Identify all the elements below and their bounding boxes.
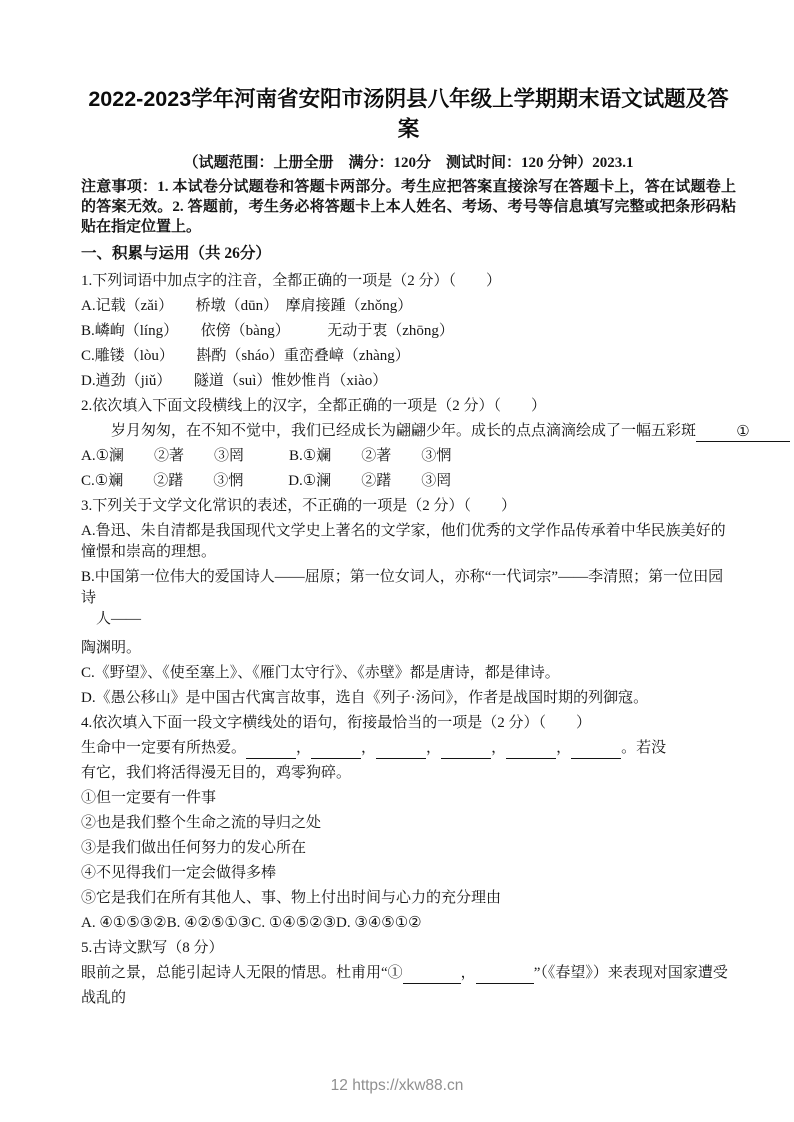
- q2-blank-1: ①: [696, 424, 790, 442]
- q3-option-b-line2: 人——: [96, 609, 736, 630]
- q4-sentence-tail: 。若没: [621, 740, 666, 756]
- q4-separator-4: ，: [491, 740, 506, 756]
- q4-item-1: ①但一定要有一件事: [81, 788, 736, 809]
- q5-blank-2: [476, 966, 534, 984]
- q4-sentence-cont: 有它，我们将活得漫无目的，鸡零狗碎。: [81, 763, 736, 784]
- q1-option-c: C.雕镂（lòu） 斟酌（sháo）重峦叠嶂（zhàng）: [81, 346, 736, 367]
- q3-option-c: C.《野望》、《使至塞上》、《雁门太守行》、《赤壁》都是唐诗，都是律诗。: [81, 663, 736, 684]
- q3-stem: 3.下列关于文学文化常识的表述，不正确的一项是（2 分）（ ）: [81, 496, 736, 517]
- q4-separator-5: ，: [556, 740, 571, 756]
- q2-options-ab: A.①澜 ②著 ③罔 B.①斓 ②著 ③惘: [81, 446, 736, 467]
- q4-separator-1: ，: [296, 740, 311, 756]
- q4-separator-3: ，: [426, 740, 441, 756]
- q3-option-b-line3: 陶渊明。: [81, 638, 736, 659]
- notice-text: 注意事项：1. 本试卷分试题卷和答题卡两部分。考生应把答案直接涂写在答题卡上，答…: [81, 177, 736, 237]
- footer-page-info: 12 https://xkw88.cn: [0, 1077, 794, 1095]
- q5-sentence: 眼前之景，总能引起诗人无限的情思。杜甫用“①，”（《春望》）来表现对国家遭受: [81, 963, 736, 984]
- q2-paragraph-pre: 岁月匆匆，在不知不觉中，我们已经成长为翩翩少年。成长的点点滴滴绘成了一幅五彩斑: [111, 423, 696, 439]
- q4-blank-3: [376, 741, 426, 759]
- q4-item-2: ②也是我们整个生命之流的导归之处: [81, 813, 736, 834]
- q4-blank-4: [441, 741, 491, 759]
- q4-options: A. ④①⑤③②B. ④②⑤①③C. ①④⑤②③D. ③④⑤①②: [81, 913, 736, 934]
- q1-option-d: D.遒劲（jiǔ） 隧道（suì）惟妙惟肖（xiào）: [81, 371, 736, 392]
- q2-stem: 2.依次填入下面文段横线上的汉字，全都正确的一项是（2 分）（ ）: [81, 396, 736, 417]
- exam-scope-subtitle: （试题范围：上册全册 满分：120分 测试时间：120 分钟）2023.1: [81, 151, 736, 172]
- q4-item-4: ④不见得我们一定会做得多棒: [81, 863, 736, 884]
- q4-item-5: ⑤它是我们在所有其他人、事、物上付出时间与心力的充分理由: [81, 888, 736, 909]
- q4-separator-2: ，: [361, 740, 376, 756]
- q4-stem: 4.依次填入下面一段文字横线处的语句，衔接最恰当的一项是（2 分）（ ）: [81, 713, 736, 734]
- q2-options-cd: C.①斓 ②躇 ③惘 D.①澜 ②躇 ③罔: [81, 471, 736, 492]
- q3-option-d: D.《愚公移山》是中国古代寓言故事，选自《列子·汤问》，作者是战国时期的列御寇。: [81, 688, 736, 709]
- q4-item-3: ③是我们做出任何努力的发心所在: [81, 838, 736, 859]
- q1-stem: 1.下列词语中加点字的注音，全都正确的一项是（2 分）（ ）: [81, 271, 736, 292]
- q4-sentence-lead: 生命中一定要有所热爱。: [81, 740, 246, 756]
- q5-blank-1: [403, 966, 461, 984]
- q5-separator: ，: [461, 965, 476, 981]
- q3-option-b-line1: B.中国第一位伟大的爱国诗人——屈原；第一位女词人，亦称“一代词宗”——李清照；…: [81, 567, 736, 609]
- q4-sentence: 生命中一定要有所热爱。，，，，，。若没: [81, 738, 736, 759]
- q5-sentence-pre: 眼前之景，总能引起诗人无限的情思。杜甫用“①: [81, 965, 403, 981]
- q5-sentence-post: ”（《春望》）来表现对国家遭受: [534, 965, 728, 981]
- q1-option-b: B.嶙峋（líng） 依傍（bàng） 无动于衷（zhōng）: [81, 321, 736, 342]
- q4-blank-6: [571, 741, 621, 759]
- q2-paragraph: 岁月匆匆，在不知不觉中，我们已经成长为翩翩少年。成长的点点滴滴绘成了一幅五彩斑①…: [81, 421, 736, 442]
- q5-sentence-line2: 战乱的: [81, 988, 736, 1009]
- q5-stem: 5.古诗文默写（8 分）: [81, 938, 736, 959]
- section-1-heading: 一、积累与运用（共 26分）: [81, 243, 736, 265]
- q4-blank-1: [246, 741, 296, 759]
- q3-option-a: A.鲁迅、朱自清都是我国现代文学史上著名的文学家，他们优秀的文学作品传承着中华民…: [81, 521, 736, 563]
- page-title: 2022-2023学年河南省安阳市汤阴县八年级上学期期末语文试题及答案: [81, 84, 736, 144]
- q4-blank-5: [506, 741, 556, 759]
- q1-option-a: A.记载（zǎi） 桥墩（dūn） 摩肩接踵（zhǒng）: [81, 296, 736, 317]
- exam-document-page: 2022-2023学年河南省安阳市汤阴县八年级上学期期末语文试题及答案 （试题范…: [0, 0, 794, 1009]
- q4-blank-2: [311, 741, 361, 759]
